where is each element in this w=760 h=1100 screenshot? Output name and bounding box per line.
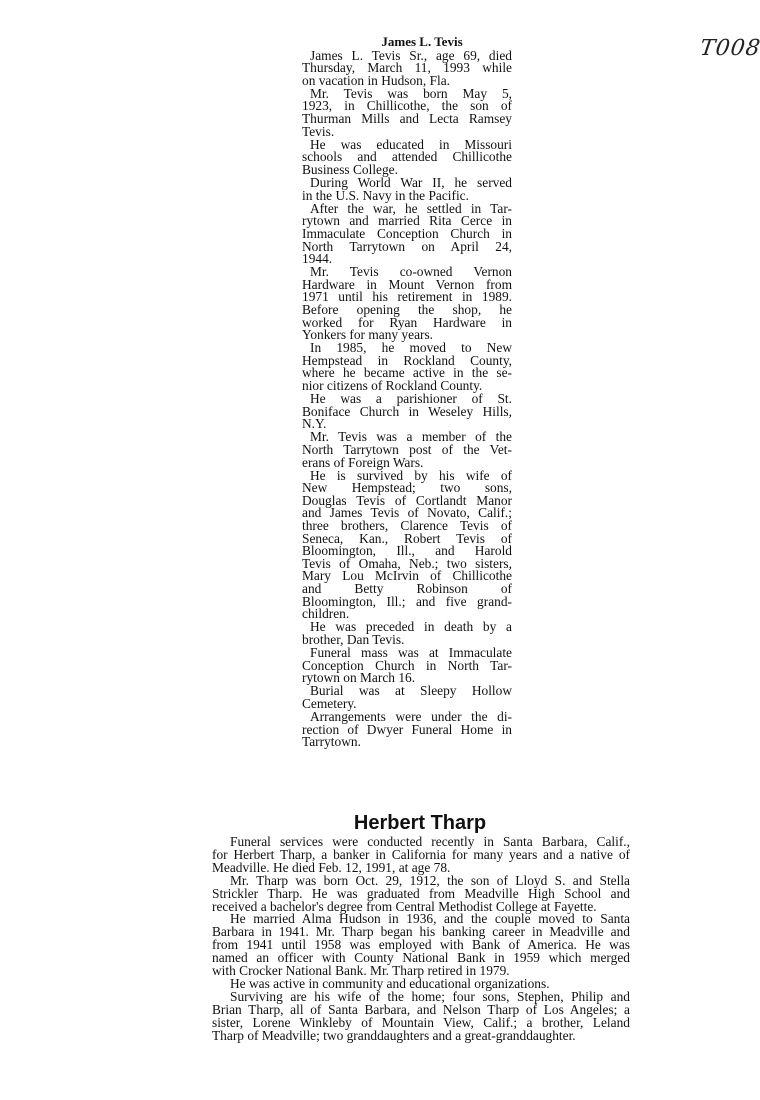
obituary-title-herbert-tharp: Herbert Tharp xyxy=(210,812,630,835)
handwritten-annotation: T008 xyxy=(698,36,760,61)
obituary-title: James L. Tevis xyxy=(302,36,512,49)
paragraph: He was educated in Missourischools and a… xyxy=(302,139,512,177)
paragraph: Mr. Tharp was born Oct. 29, 1912, the so… xyxy=(212,875,630,914)
scanned-document-page: T008 James L. Tevis James L. Tevis Sr., … xyxy=(0,0,760,1100)
text-line: Boniface Church in Weseley Hills, xyxy=(302,406,512,419)
obituary-herbert-tharp: Funeral services were conducted recently… xyxy=(212,836,630,1043)
text-line: Tharp of Meadville; two granddaughters a… xyxy=(212,1030,630,1043)
paragraph: After the war, he settled in Tar-rytown … xyxy=(302,203,512,266)
paragraph: Mr. Tevis co-owned VernonHardware in Mou… xyxy=(302,266,512,342)
obituary-body: Funeral services were conducted recently… xyxy=(212,836,630,1043)
paragraph: Burial was at Sleepy HollowCemetery. xyxy=(302,685,512,710)
obituary-body: James L. Tevis Sr., age 69, diedThursday… xyxy=(302,50,512,749)
text-line: North Tarrytown on April 24, xyxy=(302,241,512,254)
paragraph: He married Alma Hudson in 1936, and the … xyxy=(212,913,630,978)
paragraph: Arrangements were under the di-rection o… xyxy=(302,711,512,749)
paragraph: He was a parishioner of St.Boniface Chur… xyxy=(302,393,512,431)
text-line: Tarrytown. xyxy=(302,736,512,749)
paragraph: Mr. Tevis was born May 5,1923, in Chilli… xyxy=(302,88,512,138)
paragraph: During World War II, he servedin the U.S… xyxy=(302,177,512,202)
paragraph: James L. Tevis Sr., age 69, diedThursday… xyxy=(302,50,512,88)
paragraph: Funeral mass was at ImmaculateConception… xyxy=(302,647,512,685)
paragraph: Surviving are his wife of the home; four… xyxy=(212,991,630,1043)
paragraph: Mr. Tevis was a member of theNorth Tarry… xyxy=(302,431,512,469)
paragraph: In 1985, he moved to NewHempstead in Roc… xyxy=(302,342,512,392)
obituary-james-tevis: James L. Tevis James L. Tevis Sr., age 6… xyxy=(302,36,512,749)
paragraph: He is survived by his wife ofNew Hempste… xyxy=(302,470,512,621)
paragraph: He was preceded in death by abrother, Da… xyxy=(302,621,512,646)
paragraph: Funeral services were conducted recently… xyxy=(212,836,630,875)
